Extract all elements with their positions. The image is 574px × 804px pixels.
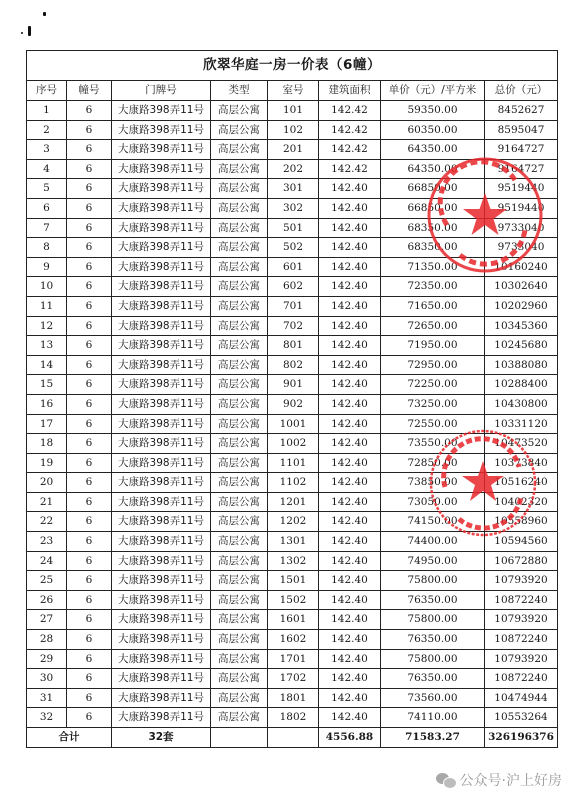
- table-row: 126大康路398弄11号高层公寓702142.4072650.00103453…: [27, 316, 558, 336]
- building-number: 6: [67, 257, 112, 277]
- floor-area: 142.40: [319, 688, 381, 708]
- table-row: 16大康路398弄11号高层公寓101142.4259350.008452627: [27, 101, 558, 121]
- unit-price: 71350.00: [381, 257, 485, 277]
- address: 大康路398弄11号: [112, 336, 211, 356]
- unit-price: 73250.00: [381, 394, 485, 414]
- unit-price: 76350.00: [381, 669, 485, 689]
- total-price: 10430800: [485, 394, 558, 414]
- total-avg-unit-price: 71583.27: [381, 728, 485, 748]
- address: 大康路398弄11号: [112, 159, 211, 179]
- unit-price: 74950.00: [381, 551, 485, 571]
- watermark-text: 公众号·沪上好房: [460, 770, 562, 790]
- total-price: 10202960: [485, 296, 558, 316]
- building-number: 6: [67, 434, 112, 454]
- address: 大康路398弄11号: [112, 473, 211, 493]
- address: 大康路398弄11号: [112, 492, 211, 512]
- document-title: 欣翠华庭一房一价表（6幢）: [27, 51, 558, 81]
- total-price: 10345360: [485, 316, 558, 336]
- building-number: 6: [67, 610, 112, 630]
- room-number: 701: [268, 296, 319, 316]
- address: 大康路398弄11号: [112, 198, 211, 218]
- unit-price: 64350.00: [381, 140, 485, 160]
- room-number: 1202: [268, 512, 319, 532]
- building-number: 6: [67, 316, 112, 336]
- unit-type: 高层公寓: [211, 120, 268, 140]
- room-number: 1501: [268, 571, 319, 591]
- unit-type: 高层公寓: [211, 610, 268, 630]
- building-number: 6: [67, 630, 112, 650]
- row-index: 14: [27, 355, 67, 375]
- total-price: 10872240: [485, 590, 558, 610]
- table-row: 196大康路398弄11号高层公寓1101142.4072850.0010373…: [27, 453, 558, 473]
- floor-area: 142.40: [319, 669, 381, 689]
- floor-area: 142.40: [319, 296, 381, 316]
- address: 大康路398弄11号: [112, 571, 211, 591]
- unit-type: 高层公寓: [211, 512, 268, 532]
- room-number: 902: [268, 394, 319, 414]
- unit-type: 高层公寓: [211, 159, 268, 179]
- unit-price: 74150.00: [381, 512, 485, 532]
- table-row: 166大康路398弄11号高层公寓902142.4073250.00104308…: [27, 394, 558, 414]
- total-price: 10516240: [485, 473, 558, 493]
- unit-price: 73850.00: [381, 473, 485, 493]
- floor-area: 142.40: [319, 551, 381, 571]
- building-number: 6: [67, 179, 112, 199]
- building-number: 6: [67, 218, 112, 238]
- room-number: 1601: [268, 610, 319, 630]
- unit-type: 高层公寓: [211, 296, 268, 316]
- table-row: 316大康路398弄11号高层公寓1801142.4073560.0010474…: [27, 688, 558, 708]
- total-price: 9519440: [485, 179, 558, 199]
- unit-type: 高层公寓: [211, 336, 268, 356]
- address: 大康路398弄11号: [112, 296, 211, 316]
- address: 大康路398弄11号: [112, 532, 211, 552]
- floor-area: 142.40: [319, 179, 381, 199]
- unit-price: 72950.00: [381, 355, 485, 375]
- total-room: [268, 728, 319, 748]
- table-row: 176大康路398弄11号高层公寓1001142.4072550.0010331…: [27, 414, 558, 434]
- scan-mark: [28, 26, 31, 36]
- total-price: 8595047: [485, 120, 558, 140]
- row-index: 4: [27, 159, 67, 179]
- total-area: 4556.88: [319, 728, 381, 748]
- unit-type: 高层公寓: [211, 140, 268, 160]
- room-number: 901: [268, 375, 319, 395]
- unit-price: 75800.00: [381, 571, 485, 591]
- row-index: 15: [27, 375, 67, 395]
- floor-area: 142.40: [319, 394, 381, 414]
- row-index: 16: [27, 394, 67, 414]
- building-number: 6: [67, 669, 112, 689]
- total-price: 10388080: [485, 355, 558, 375]
- room-number: 1602: [268, 630, 319, 650]
- table-row: 326大康路398弄11号高层公寓1802142.4074110.0010553…: [27, 708, 558, 728]
- scan-mark: [43, 12, 46, 16]
- row-index: 25: [27, 571, 67, 591]
- total-price: 9733040: [485, 238, 558, 258]
- unit-type: 高层公寓: [211, 179, 268, 199]
- floor-area: 142.40: [319, 630, 381, 650]
- table-row: 156大康路398弄11号高层公寓901142.4072250.00102884…: [27, 375, 558, 395]
- floor-area: 142.40: [319, 492, 381, 512]
- table-row: 206大康路398弄11号高层公寓1102142.4073850.0010516…: [27, 473, 558, 493]
- unit-type: 高层公寓: [211, 218, 268, 238]
- address: 大康路398弄11号: [112, 434, 211, 454]
- total-price: 10160240: [485, 257, 558, 277]
- scan-mark: [21, 32, 23, 34]
- unit-price: 60350.00: [381, 120, 485, 140]
- column-header: 幢号: [67, 81, 112, 101]
- unit-price: 72350.00: [381, 277, 485, 297]
- row-index: 19: [27, 453, 67, 473]
- building-number: 6: [67, 473, 112, 493]
- building-number: 6: [67, 101, 112, 121]
- room-number: 1502: [268, 590, 319, 610]
- price-list-table: 欣翠华庭一房一价表（6幢） 序号幢号门牌号类型室号建筑面积单价（元）/平方米总价…: [26, 50, 558, 748]
- building-number: 6: [67, 355, 112, 375]
- floor-area: 142.40: [319, 708, 381, 728]
- total-price: 10793920: [485, 610, 558, 630]
- room-number: 201: [268, 140, 319, 160]
- unit-type: 高层公寓: [211, 649, 268, 669]
- total-row: 合计 32套 4556.88 71583.27 326196376: [27, 728, 558, 748]
- floor-area: 142.40: [319, 355, 381, 375]
- room-number: 1302: [268, 551, 319, 571]
- address: 大康路398弄11号: [112, 551, 211, 571]
- total-price: 326196376: [485, 728, 558, 748]
- table-row: 296大康路398弄11号高层公寓1701142.4075800.0010793…: [27, 649, 558, 669]
- unit-price: 68350.00: [381, 238, 485, 258]
- table-row: 236大康路398弄11号高层公寓1301142.4074400.0010594…: [27, 532, 558, 552]
- unit-type: 高层公寓: [211, 394, 268, 414]
- total-price: 10872240: [485, 669, 558, 689]
- unit-type: 高层公寓: [211, 198, 268, 218]
- room-number: 502: [268, 238, 319, 258]
- total-price: 10245680: [485, 336, 558, 356]
- floor-area: 142.40: [319, 218, 381, 238]
- room-number: 1702: [268, 669, 319, 689]
- watermark: 公众号·沪上好房: [436, 770, 562, 790]
- total-price: 9164727: [485, 140, 558, 160]
- column-header: 类型: [211, 81, 268, 101]
- building-number: 6: [67, 394, 112, 414]
- address: 大康路398弄11号: [112, 277, 211, 297]
- row-index: 10: [27, 277, 67, 297]
- unit-type: 高层公寓: [211, 590, 268, 610]
- building-number: 6: [67, 532, 112, 552]
- row-index: 26: [27, 590, 67, 610]
- building-number: 6: [67, 336, 112, 356]
- row-index: 12: [27, 316, 67, 336]
- address: 大康路398弄11号: [112, 257, 211, 277]
- row-index: 28: [27, 630, 67, 650]
- building-number: 6: [67, 120, 112, 140]
- floor-area: 142.42: [319, 120, 381, 140]
- unit-price: 74400.00: [381, 532, 485, 552]
- floor-area: 142.40: [319, 649, 381, 669]
- floor-area: 142.40: [319, 512, 381, 532]
- unit-type: 高层公寓: [211, 688, 268, 708]
- building-number: 6: [67, 140, 112, 160]
- address: 大康路398弄11号: [112, 394, 211, 414]
- unit-price: 72550.00: [381, 414, 485, 434]
- total-price: 8452627: [485, 101, 558, 121]
- unit-price: 73560.00: [381, 688, 485, 708]
- row-index: 7: [27, 218, 67, 238]
- floor-area: 142.40: [319, 590, 381, 610]
- address: 大康路398弄11号: [112, 414, 211, 434]
- address: 大康路398弄11号: [112, 140, 211, 160]
- building-number: 6: [67, 453, 112, 473]
- column-header: 建筑面积: [319, 81, 381, 101]
- building-number: 6: [67, 159, 112, 179]
- total-price: 9519440: [485, 198, 558, 218]
- address: 大康路398弄11号: [112, 355, 211, 375]
- room-number: 301: [268, 179, 319, 199]
- table-row: 106大康路398弄11号高层公寓602142.4072350.00103026…: [27, 277, 558, 297]
- wechat-icon: [436, 772, 456, 788]
- total-type: [211, 728, 268, 748]
- row-index: 11: [27, 296, 67, 316]
- table-row: 56大康路398弄11号高层公寓301142.4066850.009519440: [27, 179, 558, 199]
- row-index: 22: [27, 512, 67, 532]
- floor-area: 142.40: [319, 473, 381, 493]
- row-index: 31: [27, 688, 67, 708]
- floor-area: 142.40: [319, 336, 381, 356]
- unit-price: 75800.00: [381, 610, 485, 630]
- row-index: 30: [27, 669, 67, 689]
- row-index: 20: [27, 473, 67, 493]
- address: 大康路398弄11号: [112, 453, 211, 473]
- total-price: 10872240: [485, 630, 558, 650]
- total-price: 10793920: [485, 571, 558, 591]
- room-number: 602: [268, 277, 319, 297]
- column-header: 序号: [27, 81, 67, 101]
- row-index: 18: [27, 434, 67, 454]
- building-number: 6: [67, 512, 112, 532]
- unit-type: 高层公寓: [211, 375, 268, 395]
- unit-type: 高层公寓: [211, 492, 268, 512]
- room-number: 801: [268, 336, 319, 356]
- column-header: 门牌号: [112, 81, 211, 101]
- table-row: 286大康路398弄11号高层公寓1602142.4076350.0010872…: [27, 630, 558, 650]
- address: 大康路398弄11号: [112, 649, 211, 669]
- building-number: 6: [67, 571, 112, 591]
- address: 大康路398弄11号: [112, 375, 211, 395]
- building-number: 6: [67, 551, 112, 571]
- unit-price: 72850.00: [381, 453, 485, 473]
- room-number: 802: [268, 355, 319, 375]
- building-number: 6: [67, 277, 112, 297]
- address: 大康路398弄11号: [112, 120, 211, 140]
- building-number: 6: [67, 492, 112, 512]
- unit-type: 高层公寓: [211, 532, 268, 552]
- room-number: 501: [268, 218, 319, 238]
- address: 大康路398弄11号: [112, 669, 211, 689]
- unit-price: 73050.00: [381, 492, 485, 512]
- total-units: 32套: [112, 728, 211, 748]
- room-number: 1101: [268, 453, 319, 473]
- floor-area: 142.40: [319, 453, 381, 473]
- column-header: 总价（元）: [485, 81, 558, 101]
- unit-type: 高层公寓: [211, 355, 268, 375]
- total-price: 10373840: [485, 453, 558, 473]
- unit-price: 64350.00: [381, 159, 485, 179]
- row-index: 9: [27, 257, 67, 277]
- unit-type: 高层公寓: [211, 316, 268, 336]
- total-price: 10793920: [485, 649, 558, 669]
- unit-price: 75800.00: [381, 649, 485, 669]
- room-number: 702: [268, 316, 319, 336]
- floor-area: 142.40: [319, 414, 381, 434]
- table-row: 96大康路398弄11号高层公寓601142.4071350.001016024…: [27, 257, 558, 277]
- unit-price: 74110.00: [381, 708, 485, 728]
- address: 大康路398弄11号: [112, 610, 211, 630]
- building-number: 6: [67, 590, 112, 610]
- room-number: 102: [268, 120, 319, 140]
- row-index: 2: [27, 120, 67, 140]
- address: 大康路398弄11号: [112, 218, 211, 238]
- floor-area: 142.42: [319, 101, 381, 121]
- unit-price: 72250.00: [381, 375, 485, 395]
- unit-price: 73550.00: [381, 434, 485, 454]
- building-number: 6: [67, 296, 112, 316]
- row-index: 1: [27, 101, 67, 121]
- total-price: 10594560: [485, 532, 558, 552]
- floor-area: 142.40: [319, 571, 381, 591]
- table-row: 246大康路398弄11号高层公寓1302142.4074950.0010672…: [27, 551, 558, 571]
- unit-type: 高层公寓: [211, 571, 268, 591]
- row-index: 24: [27, 551, 67, 571]
- table-row: 136大康路398弄11号高层公寓801142.4071950.00102456…: [27, 336, 558, 356]
- row-index: 27: [27, 610, 67, 630]
- total-price: 9733040: [485, 218, 558, 238]
- total-price: 10553264: [485, 708, 558, 728]
- floor-area: 142.40: [319, 375, 381, 395]
- total-price: 10558960: [485, 512, 558, 532]
- building-number: 6: [67, 198, 112, 218]
- unit-type: 高层公寓: [211, 453, 268, 473]
- floor-area: 142.40: [319, 532, 381, 552]
- address: 大康路398弄11号: [112, 316, 211, 336]
- unit-price: 71650.00: [381, 296, 485, 316]
- floor-area: 142.40: [319, 610, 381, 630]
- unit-type: 高层公寓: [211, 669, 268, 689]
- room-number: 1001: [268, 414, 319, 434]
- unit-type: 高层公寓: [211, 708, 268, 728]
- room-number: 101: [268, 101, 319, 121]
- address: 大康路398弄11号: [112, 708, 211, 728]
- floor-area: 142.40: [319, 198, 381, 218]
- room-number: 202: [268, 159, 319, 179]
- total-price: 10331120: [485, 414, 558, 434]
- floor-area: 142.40: [319, 277, 381, 297]
- row-index: 13: [27, 336, 67, 356]
- row-index: 21: [27, 492, 67, 512]
- floor-area: 142.42: [319, 159, 381, 179]
- unit-type: 高层公寓: [211, 473, 268, 493]
- floor-area: 142.40: [319, 238, 381, 258]
- building-number: 6: [67, 708, 112, 728]
- table-row: 146大康路398弄11号高层公寓802142.4072950.00103880…: [27, 355, 558, 375]
- unit-type: 高层公寓: [211, 101, 268, 121]
- room-number: 1301: [268, 532, 319, 552]
- building-number: 6: [67, 375, 112, 395]
- table-row: 186大康路398弄11号高层公寓1002142.4073550.0010473…: [27, 434, 558, 454]
- unit-type: 高层公寓: [211, 277, 268, 297]
- table-row: 226大康路398弄11号高层公寓1202142.4074150.0010558…: [27, 512, 558, 532]
- unit-price: 72650.00: [381, 316, 485, 336]
- total-price: 10672880: [485, 551, 558, 571]
- table-row: 266大康路398弄11号高层公寓1502142.4076350.0010872…: [27, 590, 558, 610]
- address: 大康路398弄11号: [112, 590, 211, 610]
- table-row: 86大康路398弄11号高层公寓502142.4068350.009733040: [27, 238, 558, 258]
- building-number: 6: [67, 238, 112, 258]
- table-row: 216大康路398弄11号高层公寓1201142.4073050.0010402…: [27, 492, 558, 512]
- table-row: 76大康路398弄11号高层公寓501142.4068350.009733040: [27, 218, 558, 238]
- table-row: 26大康路398弄11号高层公寓102142.4260350.008595047: [27, 120, 558, 140]
- floor-area: 142.40: [319, 434, 381, 454]
- floor-area: 142.40: [319, 316, 381, 336]
- room-number: 601: [268, 257, 319, 277]
- row-index: 5: [27, 179, 67, 199]
- unit-type: 高层公寓: [211, 630, 268, 650]
- room-number: 1102: [268, 473, 319, 493]
- total-price: 10288400: [485, 375, 558, 395]
- total-label: 合计: [27, 728, 112, 748]
- room-number: 1201: [268, 492, 319, 512]
- address: 大康路398弄11号: [112, 179, 211, 199]
- unit-price: 68350.00: [381, 218, 485, 238]
- unit-price: 76350.00: [381, 630, 485, 650]
- unit-price: 66850.00: [381, 179, 485, 199]
- total-price: 10474944: [485, 688, 558, 708]
- building-number: 6: [67, 688, 112, 708]
- building-number: 6: [67, 649, 112, 669]
- floor-area: 142.42: [319, 140, 381, 160]
- total-price: 10473520: [485, 434, 558, 454]
- unit-price: 59350.00: [381, 101, 485, 121]
- room-number: 1801: [268, 688, 319, 708]
- table-row: 256大康路398弄11号高层公寓1501142.4075800.0010793…: [27, 571, 558, 591]
- table-row: 306大康路398弄11号高层公寓1702142.4076350.0010872…: [27, 669, 558, 689]
- address: 大康路398弄11号: [112, 101, 211, 121]
- floor-area: 142.40: [319, 257, 381, 277]
- row-index: 3: [27, 140, 67, 160]
- unit-price: 71950.00: [381, 336, 485, 356]
- room-number: 1701: [268, 649, 319, 669]
- row-index: 6: [27, 198, 67, 218]
- address: 大康路398弄11号: [112, 630, 211, 650]
- address: 大康路398弄11号: [112, 512, 211, 532]
- building-number: 6: [67, 414, 112, 434]
- unit-type: 高层公寓: [211, 551, 268, 571]
- table-row: 46大康路398弄11号高层公寓202142.4264350.009164727: [27, 159, 558, 179]
- address: 大康路398弄11号: [112, 238, 211, 258]
- table-row: 36大康路398弄11号高层公寓201142.4264350.009164727: [27, 140, 558, 160]
- row-index: 32: [27, 708, 67, 728]
- column-header: 单价（元）/平方米: [381, 81, 485, 101]
- unit-type: 高层公寓: [211, 414, 268, 434]
- table-row: 116大康路398弄11号高层公寓701142.4071650.00102029…: [27, 296, 558, 316]
- row-index: 29: [27, 649, 67, 669]
- unit-type: 高层公寓: [211, 257, 268, 277]
- unit-price: 66850.00: [381, 198, 485, 218]
- unit-type: 高层公寓: [211, 238, 268, 258]
- total-price: 9164727: [485, 159, 558, 179]
- room-number: 1802: [268, 708, 319, 728]
- column-header-row: 序号幢号门牌号类型室号建筑面积单价（元）/平方米总价（元）: [27, 81, 558, 101]
